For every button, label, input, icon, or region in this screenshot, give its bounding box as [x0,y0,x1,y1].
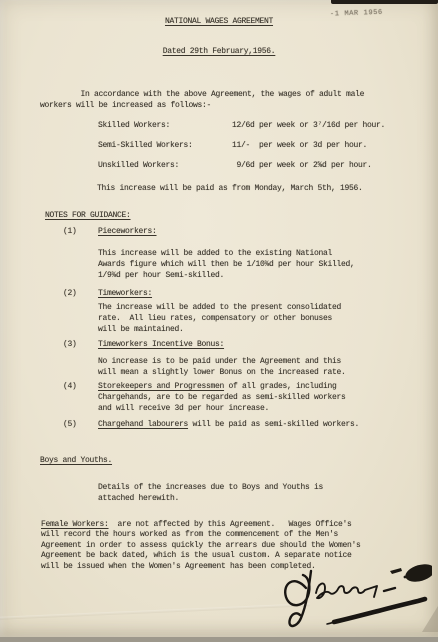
rate-label: Semi-Skilled Workers: [98,136,232,156]
note-item-heading: Timeworkers: [98,289,152,298]
table-row: Semi-Skilled Workers:11/- per week or 3d… [98,136,385,156]
note-number: (3) [63,340,98,351]
note-item-body: This increase will be added to the exist… [98,248,398,281]
note-item-1: (1)Pieceworkers: [63,227,418,238]
note-item-heading: Timeworkers Incentive Bonus: [98,340,224,349]
scan-edge-strip [331,0,438,4]
note-item-2: (2)Timeworkers: [63,289,418,300]
note-number: (5) [63,419,98,430]
female-workers-heading: Female Workers: [41,520,109,529]
rate-value: 11/- per week or 3d per hour. [232,141,367,150]
note-number: (4) [63,381,98,392]
note-number: (1) [63,227,98,238]
note-item-body: No increase is to be paid under the Agre… [98,356,398,378]
note-item-5: (5)Chargehand labourers will be paid as … [63,419,418,430]
wage-rates-table: Skilled Workers:12/6d per week or 3⁷/16d… [98,116,385,176]
note-number: (2) [63,289,98,300]
payment-date-line: This increase will be paid as from Monda… [97,184,363,195]
table-row: Unskilled Workers: 9/6d per week or 2⅝d … [98,156,385,176]
table-row: Skilled Workers:12/6d per week or 3⁷/16d… [98,116,385,136]
note-item-body: The increase will be added to the presen… [98,302,398,335]
note-item-heading: Storekeepers and Progressmen [98,382,224,391]
boys-youths-body: Details of the increases due to Boys and… [98,482,398,504]
signature-flourish [334,599,425,622]
signature-letters [316,583,377,598]
rate-value: 9/6d per week or 2⅝d per hour. [232,161,372,170]
note-item-heading: Chargehand labourers [98,420,188,429]
boys-youths-heading: Boys and Youths. [40,456,112,467]
note-item-3: (3)Timeworkers Incentive Bonus: [63,340,418,351]
signature-dash [384,588,395,591]
paper-crease [0,603,310,620]
intro-paragraph: In accordance with the above Agreement, … [40,90,430,111]
rate-value: 12/6d per week or 3⁷/16d per hour. [232,121,385,130]
note-item-4: (4)Storekeepers and Progressmen of all g… [63,381,418,414]
page-title: NATIONAL WAGES AGREEMENT [0,17,438,28]
document-page: -1 MAR 1956 NATIONAL WAGES AGREEMENT Dat… [0,0,438,637]
notes-heading: NOTES FOR GUIDANCE: [45,211,131,222]
page-subtitle: Dated 29th February,1956. [0,47,438,58]
rate-label: Unskilled Workers: [98,156,232,176]
rate-label: Skilled Workers: [98,116,232,136]
ink-blot [390,564,432,585]
note-item-heading: Pieceworkers: [98,227,157,236]
signature-scrawl [280,564,432,636]
note-item-text: will be paid as semi-skilled workers. [188,420,359,429]
